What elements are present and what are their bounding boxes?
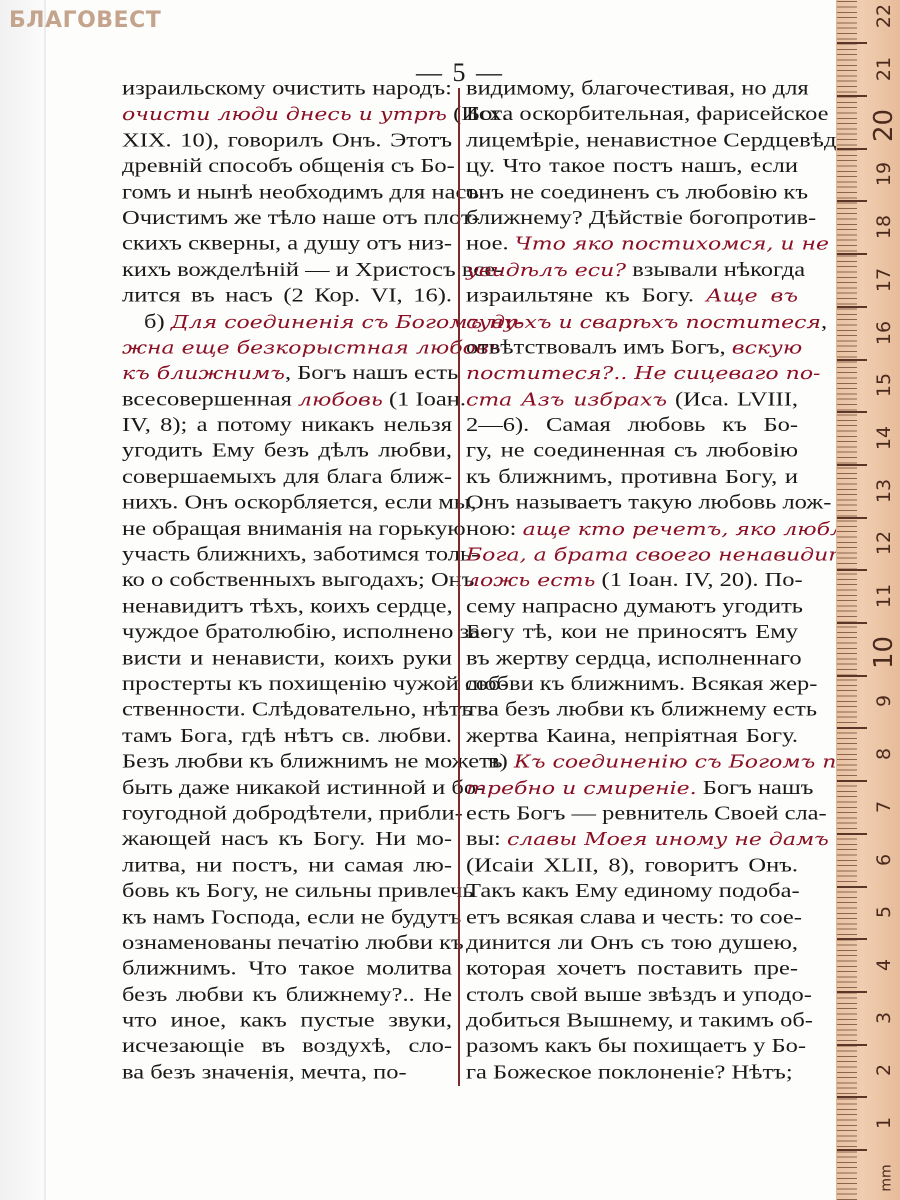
scripture-quote: очисти люди днесь и утрѣ: [122, 105, 447, 125]
body-text: бовь къ Богу, не сильны привлечь: [122, 880, 474, 902]
text-line: в) Къ соединенію съ Богомъ по-: [466, 749, 798, 775]
text-line: Бога, а брата своего ненавидитъ,: [466, 542, 798, 568]
body-text: ознаменованы печатію любви къ: [122, 932, 464, 954]
text-line: Безъ любви къ ближнимъ не можетъ: [122, 749, 452, 775]
body-text: ненавидитъ тѣхъ, коихъ сердце,: [122, 595, 453, 617]
body-text: столъ свой выше звѣздъ и уподо-: [466, 984, 812, 1006]
ruler-cm-label: 9: [873, 685, 895, 717]
body-text: къ ближнимъ, противна Богу, и: [466, 466, 798, 488]
text-line: не обращая вниманія на горькую: [122, 516, 452, 542]
ruler-cm-tick: [837, 42, 867, 44]
text-line: га Божеское поклоненіе? Нѣтъ;: [466, 1060, 798, 1086]
body-text: сему напрасно думаютъ угодить: [466, 595, 803, 617]
ruler-cm-tick: [837, 1044, 867, 1046]
ruler-cm-tick: [837, 622, 867, 624]
text-line: етъ всякая слава и честь: то сое-: [466, 904, 798, 930]
body-text: лицемѣріе, ненавистное Сердцевѣд-: [466, 129, 845, 151]
body-text: ко о собственныхъ выгодахъ; Онъ: [122, 570, 474, 592]
ruler-cm-label: 11: [873, 580, 895, 612]
text-line: ное. Что яко постихомся, и не: [466, 231, 798, 257]
text-line: Такъ какъ Ему единому подоба-: [466, 879, 798, 905]
ruler-cm-tick: [837, 253, 867, 255]
ruler-cm-label: 7: [873, 791, 895, 823]
body-text: есть Богъ — ревнитель Своей сла-: [466, 803, 827, 825]
ruler-cm-label: 19: [873, 158, 895, 190]
right-text-column: видимому, благочестивая, но дляБога оско…: [466, 76, 798, 1086]
text-line: сему напрасно думаютъ угодить: [466, 594, 798, 620]
text-line: висти и ненависти, коихъ руки: [122, 646, 452, 672]
ruler-cm-label: 1: [873, 1107, 895, 1139]
body-text: жающей насъ къ Богу. Ни мо-: [122, 828, 452, 850]
text-line: нихъ. Онъ оскорбляется, если мы,: [122, 490, 452, 516]
text-line: что иное, какъ пустые звуки,: [122, 1008, 452, 1034]
body-text: всесовершенная: [122, 388, 298, 410]
body-text: , Богъ нашъ есть: [285, 362, 458, 384]
ruler-cm-label: 12: [873, 527, 895, 559]
ruler-cm-label: 17: [873, 264, 895, 296]
body-text: простерты къ похищенію чужой соб-: [122, 673, 509, 695]
text-line: къ намъ Господа, если не будутъ: [122, 904, 452, 930]
scripture-quote: Аще въ: [706, 286, 798, 306]
text-line: жертва Каина, непріятная Богу.: [466, 723, 798, 749]
ruler-cm-tick: [837, 938, 867, 940]
body-text: что иное, какъ пустые звуки,: [122, 1010, 452, 1032]
body-text: Богъ нашъ: [697, 777, 814, 799]
text-line: цу. Что такое постъ нашъ, если: [466, 154, 798, 180]
text-line: (Исаіи XLII, 8), говоритъ Онъ.: [466, 853, 798, 879]
scripture-quote: любовь: [298, 390, 383, 410]
body-text: онъ не соединенъ съ любовію къ: [466, 181, 808, 203]
scripture-quote: къ ближнимъ: [122, 364, 285, 384]
body-text: видимому, благочестивая, но для: [466, 78, 809, 100]
body-text: нихъ. Онъ оскорбляется, если мы,: [122, 492, 476, 514]
body-text: исчезающіе въ воздухѣ, сло-: [122, 1036, 452, 1058]
text-line: ближнему? Дѣйствіе богопротив-: [466, 205, 798, 231]
body-text: быть даже никакой истинной и бо-: [122, 777, 484, 799]
left-text-column: израильскому очистить народъ:очисти люди…: [122, 76, 452, 1086]
ruler-cm-tick: [837, 306, 867, 308]
text-line: онъ не соединенъ съ любовію къ: [466, 180, 798, 206]
body-text: ближнему? Дѣйствіе богопротив-: [466, 207, 816, 229]
text-line: гу, не соединенная съ любовію: [466, 438, 798, 464]
text-line: IV, 8); а потому никакъ нельзя: [122, 413, 452, 439]
ruler-cm-label: 14: [873, 422, 895, 454]
body-text: (1 Іоан. IV, 20). По-: [595, 570, 802, 592]
ruler-cm-tick: [837, 833, 867, 835]
ruler-cm-tick: [837, 1149, 867, 1151]
scripture-quote: ложь есть: [466, 571, 595, 591]
body-text: взывали нѣкогда: [626, 259, 805, 281]
text-line: 2—6). Самая любовь къ Бо-: [466, 413, 798, 439]
body-text: б): [144, 311, 171, 333]
body-text: израильтяне къ Богу.: [466, 285, 706, 307]
body-text: тва безъ любви къ ближнему есть: [466, 699, 817, 721]
ruler-cm-label: 8: [873, 738, 895, 770]
watermark-logo: БЛАГОВЕСТ: [9, 8, 161, 33]
column-divider: [458, 88, 460, 1086]
body-text: не обращая вниманія на горькую: [122, 518, 466, 540]
body-text: въ жертву сердца, исполненнаго: [466, 647, 802, 669]
text-line: добиться Вышнему, и такимъ об-: [466, 1008, 798, 1034]
body-text: вы:: [466, 828, 507, 850]
body-text: (Иса. LVIII,: [667, 388, 798, 410]
scripture-quote: славы Моея иному не дамъ: [507, 830, 829, 850]
text-line: быть даже никакой истинной и бо-: [122, 775, 452, 801]
scripture-quote: Что яко постихомся, и не: [515, 235, 829, 255]
text-line: простерты къ похищенію чужой соб-: [122, 671, 452, 697]
body-text: любви къ ближнимъ. Всякая жер-: [466, 673, 817, 695]
text-line: совершаемыхъ для блага ближ-: [122, 464, 452, 490]
ruler-cm-label: 13: [873, 475, 895, 507]
body-text: IV, 8); а потому никакъ нельзя: [122, 414, 452, 436]
text-line: динится ли Онъ съ тою душею,: [466, 930, 798, 956]
body-text: га Божеское поклоненіе? Нѣтъ;: [466, 1061, 793, 1083]
ruler-cm-tick: [837, 464, 867, 466]
text-line: любви къ ближнимъ. Всякая жер-: [466, 671, 798, 697]
text-line: ближнимъ. Что такое молитва: [122, 956, 452, 982]
text-line: древній способъ общенія съ Бо-: [122, 154, 452, 180]
text-line: жна еще безкорыстная любовь: [122, 335, 452, 361]
scripture-quote: увидѣлъ еси?: [466, 260, 626, 280]
body-text: цу. Что такое постъ нашъ, если: [466, 155, 798, 177]
ruler-cm-label: 2: [873, 1054, 895, 1086]
ruler-cm-label: 21: [873, 53, 895, 85]
text-line: чуждое братолюбію, исполнено за-: [122, 620, 452, 646]
body-text: Онъ называетъ такую любовь лож-: [466, 492, 831, 514]
text-line: къ ближнимъ, Богъ нашъ есть: [122, 361, 452, 387]
body-text: которая хочетъ поставить пре-: [466, 958, 798, 980]
text-line: Очистимъ же тѣло наше отъ плот-: [122, 205, 452, 231]
body-text: къ намъ Господа, если не будутъ: [122, 906, 461, 928]
body-text: израильскому очистить народъ:: [122, 78, 452, 100]
page-fold: [44, 0, 46, 1200]
ruler-cm-tick: [837, 411, 867, 413]
body-text: висти и ненависти, коихъ руки: [122, 647, 452, 669]
text-line: ною: аще кто речетъ, яко люблю: [466, 516, 798, 542]
body-text: скихъ скверны, а душу отъ низ-: [122, 233, 452, 255]
body-text: гоугодной добродѣтели, прибли-: [122, 803, 463, 825]
body-text: ственности. Слѣдовательно, нѣтъ: [122, 699, 472, 721]
text-line: б) Для соединенія съ Богомъ ну-: [122, 309, 452, 335]
text-line: жающей насъ къ Богу. Ни мо-: [122, 827, 452, 853]
text-line: участь ближнихъ, заботимся толь-: [122, 542, 452, 568]
body-text: древній способъ общенія съ Бо-: [122, 155, 455, 177]
text-line: исчезающіе въ воздухѣ, сло-: [122, 1034, 452, 1060]
body-text: отвѣтствовалъ имъ Богъ,: [466, 336, 732, 358]
text-line: столъ свой выше звѣздъ и уподо-: [466, 982, 798, 1008]
body-text: жертва Каина, непріятная Богу.: [466, 725, 798, 747]
body-text: ное.: [466, 233, 515, 255]
text-line: Богу тѣ, кои не приносятъ Ему: [466, 620, 798, 646]
text-line: къ ближнимъ, противна Богу, и: [466, 464, 798, 490]
body-text: угодить Ему безъ дѣлъ любви,: [122, 440, 452, 462]
body-text: лится въ насъ (2 Кор. VI, 16).: [122, 285, 452, 307]
text-line: всесовершенная любовь (1 Іоан.: [122, 387, 452, 413]
text-line: ко о собственныхъ выгодахъ; Онъ: [122, 568, 452, 594]
measuring-ruler: mm 1234567891011121314151617181920212223: [836, 0, 900, 1200]
text-line: Онъ называетъ такую любовь лож-: [466, 490, 798, 516]
body-text: ,: [821, 311, 827, 333]
body-text: литва, ни постъ, ни самая лю-: [122, 854, 452, 876]
scripture-quote: поститеся?.. Не сицеваго по-: [466, 364, 821, 384]
text-line: Бога оскорбительная, фарисейское: [466, 102, 798, 128]
text-line: ственности. Слѣдовательно, нѣтъ: [122, 697, 452, 723]
ruler-cm-tick: [837, 991, 867, 993]
text-line: въ жертву сердца, исполненнаго: [466, 646, 798, 672]
body-text: динится ли Онъ съ тою душею,: [466, 932, 798, 954]
ruler-cm-label: 15: [873, 369, 895, 401]
body-text: 2—6). Самая любовь къ Бо-: [466, 414, 798, 436]
body-text: добиться Вышнему, и такимъ об-: [466, 1010, 813, 1032]
body-text: кихъ вожделѣній — и Христосъ все-: [122, 259, 503, 281]
scripture-quote: требно и смиреніе.: [466, 778, 697, 798]
ruler-cm-tick: [837, 569, 867, 571]
body-text: безъ любви къ ближнему?.. Не: [122, 984, 452, 1006]
body-text: ближнимъ. Что такое молитва: [122, 958, 452, 980]
body-text: гомъ и нынѣ необходимъ для насъ.: [122, 181, 485, 203]
text-line: требно и смиреніе. Богъ нашъ: [466, 775, 798, 801]
text-line: бовь къ Богу, не сильны привлечь: [122, 879, 452, 905]
body-text: участь ближнихъ, заботимся толь-: [122, 544, 479, 566]
text-line: скихъ скверны, а душу отъ низ-: [122, 231, 452, 257]
text-line: ва безъ значенія, мечта, по-: [122, 1060, 452, 1086]
ruler-cm-label: 3: [873, 1002, 895, 1034]
text-line: гомъ и нынѣ необходимъ для насъ.: [122, 180, 452, 206]
scripture-quote: Къ соединенію съ Богомъ по-: [514, 752, 857, 772]
body-text: етъ всякая слава и честь: то сое-: [466, 906, 802, 928]
ruler-cm-label: 22: [873, 0, 895, 32]
text-line: безъ любви къ ближнему?.. Не: [122, 982, 452, 1008]
text-line: видимому, благочестивая, но для: [466, 76, 798, 102]
scripture-quote: Бога, а брата своего ненавидитъ,: [466, 545, 871, 565]
body-text: в): [488, 751, 514, 773]
text-line: ознаменованы печатію любви къ: [122, 930, 452, 956]
body-text: Безъ любви къ ближнимъ не можетъ: [122, 751, 503, 773]
text-line: лится въ насъ (2 Кор. VI, 16).: [122, 283, 452, 309]
text-line: увидѣлъ еси? взывали нѣкогда: [466, 257, 798, 283]
text-line: израильтяне къ Богу. Аще въ: [466, 283, 798, 309]
text-line: угодить Ему безъ дѣлъ любви,: [122, 438, 452, 464]
ruler-cm-tick: [837, 675, 867, 677]
text-line: ста Азъ избрахъ (Иса. LVIII,: [466, 387, 798, 413]
scripture-quote: аще кто речетъ, яко люблю: [523, 519, 864, 539]
body-text: ною:: [466, 518, 523, 540]
text-line: тва безъ любви къ ближнему есть: [466, 697, 798, 723]
text-line: есть Богъ — ревнитель Своей сла-: [466, 801, 798, 827]
text-line: ложь есть (1 Іоан. IV, 20). По-: [466, 568, 798, 594]
text-line: израильскому очистить народъ:: [122, 76, 452, 102]
text-line: кихъ вожделѣній — и Христосъ все-: [122, 257, 452, 283]
scripture-quote: вскую: [732, 338, 802, 358]
ruler-cm-label: 5: [873, 896, 895, 928]
body-text: Такъ какъ Ему единому подоба-: [466, 880, 800, 902]
ruler-cm-tick: [837, 1096, 867, 1098]
text-line: поститеся?.. Не сицеваго по-: [466, 361, 798, 387]
scripture-quote: жна еще безкорыстная любовь: [122, 338, 501, 358]
text-line: отвѣтствовалъ имъ Богъ, вскую: [466, 335, 798, 361]
ruler-unit-label: mm: [879, 1164, 895, 1191]
text-line: тамъ Бога, гдѣ нѣтъ св. любви.: [122, 723, 452, 749]
scripture-quote: ста Азъ избрахъ: [466, 390, 667, 410]
text-line: вы: славы Моея иному не дамъ: [466, 827, 798, 853]
ruler-cm-label: 16: [873, 317, 895, 349]
ruler-cm-label: 18: [873, 211, 895, 243]
page-gutter-shadow: [0, 0, 46, 1200]
text-line: ненавидитъ тѣхъ, коихъ сердце,: [122, 594, 452, 620]
body-text: совершаемыхъ для блага ближ-: [122, 466, 452, 488]
body-text: ва безъ значенія, мечта, по-: [122, 1061, 407, 1083]
text-line: разомъ какъ бы похищаетъ у Бо-: [466, 1034, 798, 1060]
ruler-cm-tick: [837, 148, 867, 150]
ruler-cm-label: 10: [869, 637, 899, 669]
body-text: гу, не соединенная съ любовію: [466, 440, 798, 462]
ruler-cm-tick: [837, 200, 867, 202]
ruler-cm-label: 20: [869, 110, 899, 142]
text-line: которая хочетъ поставить пре-: [466, 956, 798, 982]
scripture-quote: судѣхъ и сварѣхъ поститеся: [466, 312, 821, 332]
ruler-cm-tick: [837, 780, 867, 782]
ruler-cm-label: 6: [873, 844, 895, 876]
text-line: гоугодной добродѣтели, прибли-: [122, 801, 452, 827]
body-text: Богу тѣ, кои не приносятъ Ему: [466, 621, 798, 643]
ruler-cm-tick: [837, 727, 867, 729]
body-text: XIX. 10), говорилъ Онъ. Этотъ: [122, 129, 452, 151]
ruler-cm-tick: [837, 517, 867, 519]
body-text: (Исаіи XLII, 8), говоритъ Онъ.: [466, 854, 798, 876]
ruler-cm-tick: [837, 359, 867, 361]
body-text: тамъ Бога, гдѣ нѣтъ св. любви.: [122, 725, 452, 747]
text-line: XIX. 10), говорилъ Онъ. Этотъ: [122, 128, 452, 154]
text-line: судѣхъ и сварѣхъ поститеся,: [466, 309, 798, 335]
text-line: литва, ни постъ, ни самая лю-: [122, 853, 452, 879]
body-text: Бога оскорбительная, фарисейское: [466, 103, 829, 125]
body-text: (1 Іоан.: [383, 388, 466, 410]
body-text: чуждое братолюбію, исполнено за-: [122, 621, 488, 643]
text-line: лицемѣріе, ненавистное Сердцевѣд-: [466, 128, 798, 154]
body-text: разомъ какъ бы похищаетъ у Бо-: [466, 1036, 806, 1058]
ruler-cm-tick: [837, 95, 867, 97]
ruler-cm-label: 4: [873, 949, 895, 981]
body-text: Очистимъ же тѣло наше отъ плот-: [122, 207, 480, 229]
ruler-mm-ticks: [837, 0, 857, 1200]
text-line: очисти люди днесь и утрѣ (Исх.: [122, 102, 452, 128]
ruler-cm-tick: [837, 886, 867, 888]
